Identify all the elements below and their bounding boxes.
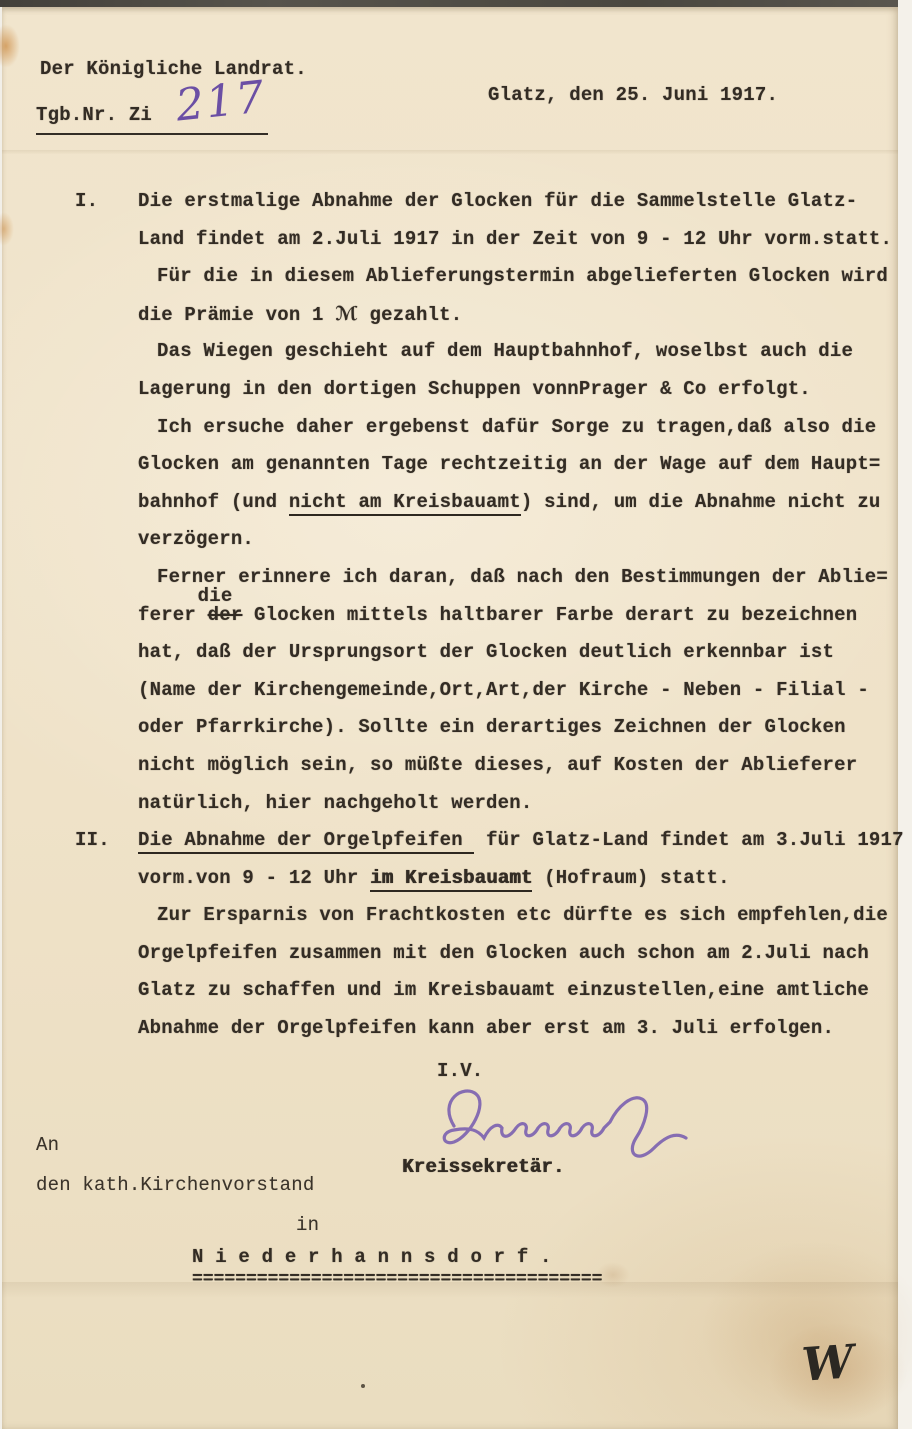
text-run: die Prämie von 1 ℳ gezahlt. bbox=[138, 304, 462, 326]
text-run: Die Abnahme der Orgelpfeifen bbox=[138, 829, 474, 854]
text-run: Orgelpfeifen zusammen mit den Glocken au… bbox=[138, 942, 869, 964]
body-line: nicht möglich sein, so müßte dieses, auf… bbox=[138, 754, 898, 792]
body-lines: I.Die erstmalige Abnahme der Glocken für… bbox=[138, 190, 898, 1055]
paper-crease bbox=[2, 150, 898, 154]
ink-speck bbox=[361, 1384, 365, 1388]
body-line: II.Die Abnahme der Orgelpfeifen für Glat… bbox=[138, 829, 898, 867]
text-run: Die erstmalige Abnahme der Glocken für d… bbox=[138, 190, 857, 212]
body-line: ferer derdie Glocken mittels haltbarer F… bbox=[138, 604, 898, 642]
text-run: (Name der Kirchengemeinde,Ort,Art,der Ki… bbox=[138, 679, 869, 701]
text-run: Ich ersuche daher ergebenst dafür Sorge … bbox=[157, 416, 876, 438]
text-run: Zur Ersparnis von Frachtkosten etc dürft… bbox=[157, 904, 888, 926]
body-line: Land findet am 2.Juli 1917 in der Zeit v… bbox=[138, 228, 898, 266]
body-line: I.Die erstmalige Abnahme der Glocken für… bbox=[138, 190, 898, 228]
body-line: Glatz zu schaffen und im Kreisbauamt ein… bbox=[138, 979, 898, 1017]
text-run: Glatz zu schaffen und im Kreisbauamt ein… bbox=[138, 979, 869, 1001]
document-page: Der Königliche Landrat. Tgb.Nr. Zi 217 G… bbox=[0, 0, 912, 1429]
address-recipient: den kath.Kirchenvorstand bbox=[36, 1174, 314, 1197]
body-line: natürlich, hier nachgeholt werden. bbox=[138, 792, 898, 830]
section-number: II. bbox=[75, 829, 110, 851]
body-line: Orgelpfeifen zusammen mit den Glocken au… bbox=[138, 942, 898, 980]
text-run: nicht am Kreisbauamt bbox=[289, 491, 521, 516]
body-line: hat, daß der Ursprungsort der Glocken de… bbox=[138, 641, 898, 679]
text-run: nicht möglich sein, so müßte dieses, auf… bbox=[138, 754, 857, 776]
text-run: Das Wiegen geschieht auf dem Hauptbahnho… bbox=[157, 340, 853, 362]
handwritten-journal-number: 217 bbox=[173, 71, 268, 133]
text-run: verzögern. bbox=[138, 528, 254, 550]
body-line: vorm.von 9 - 12 Uhr im Kreisbauamt (Hofr… bbox=[138, 867, 898, 905]
text-run: Abnahme der Orgelpfeifen kann aber erst … bbox=[138, 1017, 834, 1039]
sender-line: Der Königliche Landrat. bbox=[40, 58, 307, 81]
body-line: (Name der Kirchengemeinde,Ort,Art,der Ki… bbox=[138, 679, 898, 717]
text-run: hat, daß der Ursprungsort der Glocken de… bbox=[138, 641, 834, 663]
body-line: die Prämie von 1 ℳ gezahlt. bbox=[138, 303, 898, 341]
section-number: I. bbox=[75, 190, 98, 212]
address-place: N i e d e r h a n n s d o r f . bbox=[192, 1246, 552, 1269]
scan-edge-right bbox=[898, 0, 912, 1429]
body-line: Für die in diesem Ablieferungstermin abg… bbox=[138, 265, 898, 303]
text-run: im Kreisbauamt bbox=[370, 867, 532, 892]
text-run: natürlich, hier nachgeholt werden. bbox=[138, 792, 532, 814]
body-line: oder Pfarrkirche). Sollte ein derartiges… bbox=[138, 716, 898, 754]
body-line: Zur Ersparnis von Frachtkosten etc dürft… bbox=[138, 904, 898, 942]
text-run: (Hofraum) statt. bbox=[532, 867, 729, 889]
text-run: bahnhof (und bbox=[138, 491, 289, 513]
dateline: Glatz, den 25. Juni 1917. bbox=[488, 84, 778, 107]
body-line: Ferner erinnere ich daran, daß nach den … bbox=[138, 566, 898, 604]
text-run: Glocken mittels haltbarer Farbe derart z… bbox=[242, 604, 857, 626]
journal-label: Tgb.Nr. Zi bbox=[36, 104, 152, 126]
address-underline-rule: ====================================== bbox=[192, 1270, 602, 1290]
body-line: Ich ersuche daher ergebenst dafür Sorge … bbox=[138, 416, 898, 454]
text-run: Glocken am genannten Tage rechtzeitig an… bbox=[138, 453, 881, 475]
scan-edge-top bbox=[0, 0, 912, 7]
text-run: Ferner erinnere ich daran, daß nach den … bbox=[157, 566, 888, 588]
body-line: Glocken am genannten Tage rechtzeitig an… bbox=[138, 453, 898, 491]
text-run: Für die in diesem Ablieferungstermin abg… bbox=[157, 265, 888, 287]
text-run: oder Pfarrkirche). Sollte ein derartiges… bbox=[138, 716, 846, 738]
text-run: Land findet am 2.Juli 1917 in der Zeit v… bbox=[138, 228, 892, 250]
body-line: verzögern. bbox=[138, 528, 898, 566]
body-line: bahnhof (und nicht am Kreisbauamt) sind,… bbox=[138, 491, 898, 529]
text-run: vorm.von 9 - 12 Uhr bbox=[138, 867, 370, 889]
address-preposition: in bbox=[296, 1214, 319, 1237]
inserted-word: die bbox=[198, 585, 233, 607]
handwritten-corner-mark: W bbox=[800, 1334, 856, 1393]
text-run: Lagerung in den dortigen Schuppen vonnPr… bbox=[138, 378, 811, 400]
signer-title: Kreissekretär. bbox=[402, 1156, 564, 1179]
body-line: Abnahme der Orgelpfeifen kann aber erst … bbox=[138, 1017, 898, 1055]
address-salutation: An bbox=[36, 1134, 59, 1157]
text-run: ferer bbox=[138, 604, 208, 626]
text-run: für Glatz-Land findet am 3.Juli 1917 bbox=[474, 829, 903, 851]
text-run: ) sind, um die Abnahme nicht zu bbox=[521, 491, 881, 513]
text-run: derdie bbox=[208, 604, 243, 626]
body-line: Das Wiegen geschieht auf dem Hauptbahnho… bbox=[138, 340, 898, 378]
body-line: Lagerung in den dortigen Schuppen vonnPr… bbox=[138, 378, 898, 416]
